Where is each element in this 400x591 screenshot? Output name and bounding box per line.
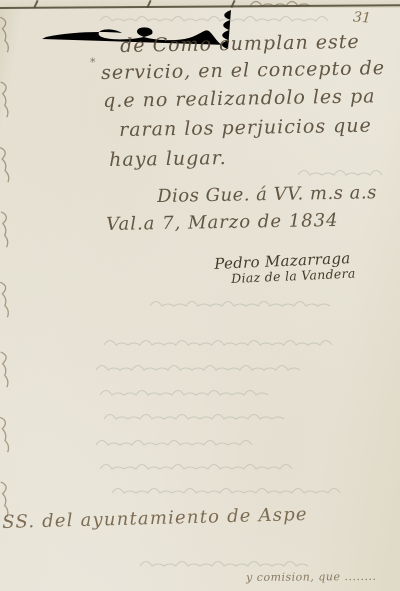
bleed-through-line bbox=[96, 436, 261, 450]
letter-line-2: servicio, en el concepto de bbox=[101, 59, 385, 83]
margin-mark: * bbox=[90, 56, 96, 69]
addressee-line: SS. del ayuntamiento de Aspe bbox=[2, 506, 308, 532]
closing-line: Dios Gue. á VV. m.s a.s bbox=[157, 184, 377, 206]
letter-line-1: de Como cumplan este bbox=[120, 33, 360, 56]
signature-surname: Diaz de la Vandera bbox=[231, 268, 356, 286]
bleed-through-line bbox=[100, 12, 335, 26]
next-line-fragment: y comision, que ........ bbox=[246, 571, 377, 583]
bleed-through-line bbox=[96, 361, 301, 375]
page-number: 31 bbox=[352, 9, 371, 26]
manuscript-scan: 31 de Como cumplan este servicio, en el … bbox=[0, 0, 400, 591]
bleed-through-line bbox=[104, 410, 289, 424]
bleed-through-line bbox=[104, 336, 339, 350]
letter-line-4: raran los perjuicios que bbox=[119, 117, 372, 140]
letter-line-5: haya lugar. bbox=[109, 149, 227, 170]
bleed-through-line bbox=[150, 297, 335, 311]
bleed-through-line bbox=[298, 166, 383, 180]
bleed-through-line bbox=[100, 386, 275, 400]
bleed-through-line bbox=[112, 484, 347, 498]
bleed-through-line bbox=[100, 460, 295, 474]
bleed-through-line bbox=[140, 557, 310, 571]
letter-line-3: q.e no realizandolo les pa bbox=[103, 87, 376, 111]
dateline: Val.a 7, Marzo de 1834 bbox=[106, 212, 339, 234]
